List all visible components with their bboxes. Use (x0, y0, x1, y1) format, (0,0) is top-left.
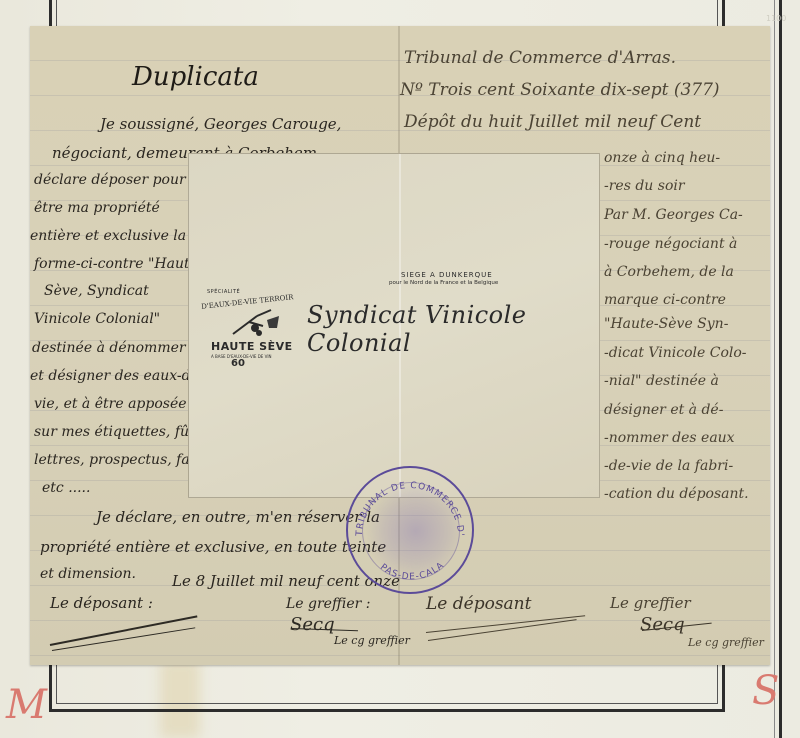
right-line-7: "Haute-Sève Syn- (604, 316, 728, 332)
letterhead-seat-subtitle: pour le Nord de la France et la Belgique (389, 280, 498, 286)
right-depositor-label: Le déposant (426, 594, 531, 614)
letterhead-company-name: Syndicat Vinicole Colonial (307, 301, 599, 357)
left-line-5: entière et exclusive la (30, 228, 186, 244)
stamp-ring-text: TRIBUNAL DE COMMERCE D'ARRAS PAS-DE-CALA… (346, 466, 474, 594)
right-line-3: Par M. Georges Ca- (604, 207, 743, 223)
right-clerk-note: Le cg greffier (688, 636, 764, 649)
left-line-8: Vinicole Colonial" (34, 311, 160, 327)
right-line-13: -cation du déposant. (604, 486, 749, 502)
right-line-4: -rouge négociant à (604, 236, 737, 252)
right-line-1: onze à cinq heu- (604, 150, 720, 166)
declaration-line-1: Je déclare, en outre, m'en réserver la (96, 508, 380, 526)
letterhead-seat: SIEGE A DUNKERQUE (401, 271, 493, 279)
left-line-4: être ma propriété (34, 200, 160, 216)
left-line-14: etc ..... (42, 480, 90, 496)
left-line-3: déclare déposer pour (34, 172, 186, 188)
right-line-8: -dicat Vinicole Colo- (604, 345, 747, 361)
right-line-5: à Corbehem, de la (604, 264, 734, 280)
letterhead-specimen: SIEGE A DUNKERQUE pour le Nord de la Fra… (188, 153, 600, 498)
left-line-1: Je soussigné, Georges Carouge, (100, 115, 341, 133)
document-title: Duplicata (132, 62, 259, 92)
left-clerk-note: Le cg greffier (334, 634, 410, 647)
right-line-9: -nial" destinée à (604, 373, 719, 389)
left-line-7: Sève, Syndicat (44, 283, 149, 299)
left-clerk-label: Le greffier : (286, 596, 371, 612)
right-line-11: -nommer des eaux (604, 430, 735, 446)
left-line-12: sur mes étiquettes, fûts, (34, 424, 206, 440)
registry-line-1: Tribunal de Commerce d'Arras. (404, 48, 676, 68)
left-line-11: vie, et à être apposée (34, 396, 187, 412)
letterhead-degree: 60 (231, 358, 245, 369)
registry-line-3: Dépôt du huit Juillet mil neuf Cent (404, 112, 701, 132)
left-clerk-signature: Secq (290, 614, 335, 635)
letterhead-brand: HAUTE SÈVE (211, 340, 293, 353)
letterhead-specialty: SPÉCIALITÉ (207, 289, 240, 295)
right-line-6: marque ci-contre (604, 292, 726, 308)
grape-vine-emblem-icon (227, 306, 287, 340)
declaration-line-3: et dimension. (40, 566, 136, 582)
left-line-9: destinée à dénommer (32, 340, 186, 356)
right-rule-thin (774, 0, 775, 738)
left-depositor-label: Le déposant : (50, 594, 153, 612)
left-line-10: et désigner des eaux-de- (30, 368, 204, 384)
right-clerk-signature: Secq (640, 614, 685, 635)
right-line-12: -de-vie de la fabri- (604, 458, 733, 474)
left-line-6: forme-ci-contre "Haute (34, 256, 198, 272)
red-pencil-mark-left: M (6, 682, 47, 728)
court-stamp: TRIBUNAL DE COMMERCE D'ARRAS PAS-DE-CALA… (346, 466, 474, 594)
svg-text:TRIBUNAL DE COMMERCE D'ARRAS: TRIBUNAL DE COMMERCE D'ARRAS (346, 466, 465, 537)
registry-line-2: Nº Trois cent Soixante dix-sept (377) (400, 80, 720, 100)
margin-number: 1100 (766, 14, 786, 23)
right-line-2: -res du soir (604, 178, 685, 194)
red-pencil-mark-right: S (752, 668, 779, 714)
right-line-10: désigner et à dé- (604, 402, 723, 418)
declaration-line-2: propriété entière et exclusive, en toute… (40, 538, 386, 556)
right-rule (779, 0, 782, 738)
right-clerk-label: Le greffier (610, 594, 691, 612)
